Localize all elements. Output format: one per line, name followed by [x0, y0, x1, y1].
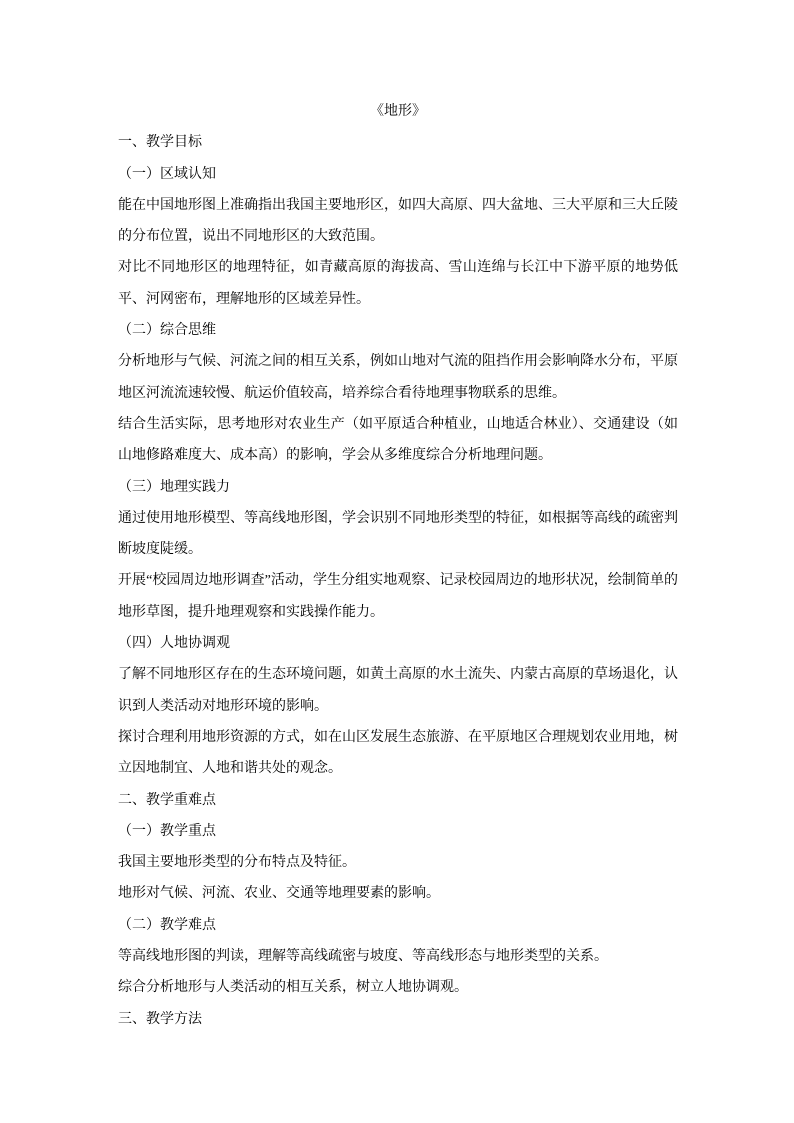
paragraph: 对比不同地形区的地理特征，如青藏高原的海拔高、雪山连绵与长江中下游平原的地势低平… — [118, 252, 678, 315]
sub-heading: （三）地理实践力 — [118, 472, 678, 503]
section-heading: 二、教学重难点 — [118, 785, 678, 816]
paragraph: 结合生活实际，思考地形对农业生产（如平原适合种植业，山地适合林业）、交通建设（如… — [118, 409, 678, 472]
paragraph: 分析地形与气候、河流之间的相互关系，例如山地对气流的阻挡作用会影响降水分布，平原… — [118, 346, 678, 409]
section-heading: 一、教学目标 — [118, 127, 678, 158]
paragraph: 探讨合理利用地形资源的方式，如在山区发展生态旅游、在平原地区合理规划农业用地，树… — [118, 722, 678, 785]
sub-heading: （一）区域认知 — [118, 159, 678, 190]
document-page: 《地形》 一、教学目标（一）区域认知能在中国地形图上准确指出我国主要地形区，如四… — [0, 0, 794, 1123]
paragraph: 开展“校园周边地形调查”活动，学生分组实地观察、记录校园周边的地形状况，绘制简单… — [118, 565, 678, 628]
paragraph: 了解不同地形区存在的生态环境问题，如黄土高原的水土流失、内蒙古高原的草场退化，认… — [118, 659, 678, 722]
paragraph: 通过使用地形模型、等高线地形图，学会识别不同地形类型的特征，如根据等高线的疏密判… — [118, 503, 678, 566]
paragraph: 综合分析地形与人类活动的相互关系，树立人地协调观。 — [118, 972, 678, 1003]
doc-title: 《地形》 — [118, 96, 678, 127]
sub-heading: （二）综合思维 — [118, 315, 678, 346]
sub-heading: （二）教学难点 — [118, 910, 678, 941]
paragraph: 地形对气候、河流、农业、交通等地理要素的影响。 — [118, 878, 678, 909]
section-heading: 三、教学方法 — [118, 1004, 678, 1035]
sub-heading: （一）教学重点 — [118, 816, 678, 847]
paragraph: 等高线地形图的判读，理解等高线疏密与坡度、等高线形态与地形类型的关系。 — [118, 941, 678, 972]
sub-heading: （四）人地协调观 — [118, 628, 678, 659]
doc-body: 一、教学目标（一）区域认知能在中国地形图上准确指出我国主要地形区，如四大高原、四… — [118, 127, 678, 1035]
paragraph: 我国主要地形类型的分布特点及特征。 — [118, 847, 678, 878]
paragraph: 能在中国地形图上准确指出我国主要地形区，如四大高原、四大盆地、三大平原和三大丘陵… — [118, 190, 678, 253]
